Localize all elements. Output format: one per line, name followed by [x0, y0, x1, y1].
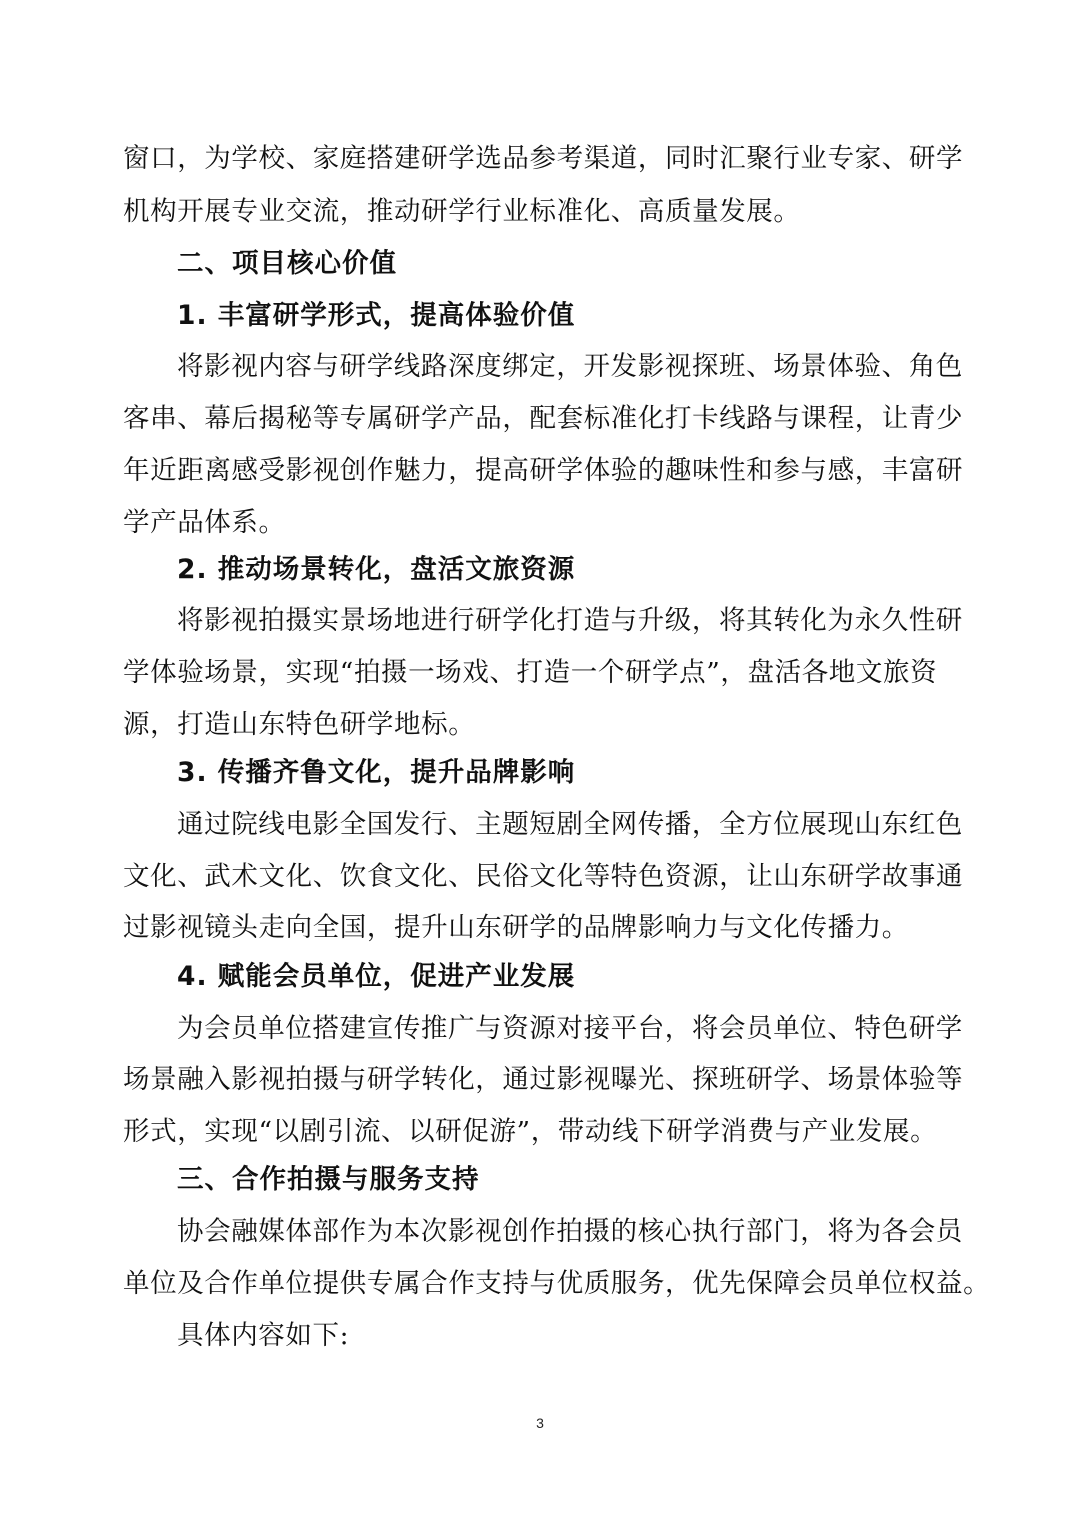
body-line: 通过院线电影全国发行、主题短剧全网传播，全方位展现山东红色	[177, 808, 1017, 842]
subsection-heading: 1. 丰富研学形式，提高体验价值	[177, 299, 1017, 333]
document-page: 窗口，为学校、家庭搭建研学选品参考渠道，同时汇聚行业专家、研学 机构开展专业交流…	[0, 0, 1080, 1527]
body-line: 将影视内容与研学线路深度绑定，开发影视探班、场景体验、角色	[177, 350, 1017, 384]
body-line: 单位及合作单位提供专属合作支持与优质服务，优先保障会员单位权益。	[123, 1267, 963, 1301]
body-line: 学产品体系。	[123, 506, 963, 540]
body-line: 机构开展专业交流，推动研学行业标准化、高质量发展。	[123, 195, 963, 229]
section-heading: 二、项目核心价值	[177, 247, 1017, 281]
body-line: 场景融入影视拍摄与研学转化，通过影视曝光、探班研学、场景体验等	[123, 1063, 963, 1097]
body-line: 具体内容如下:	[177, 1319, 1017, 1353]
body-line: 年近距离感受影视创作魅力，提高研学体验的趣味性和参与感，丰富研	[123, 454, 963, 488]
body-line: 文化、武术文化、饮食文化、民俗文化等特色资源，让山东研学故事通	[123, 860, 963, 894]
body-line: 学体验场景，实现“拍摄一场戏、打造一个研学点”，盘活各地文旅资	[123, 656, 963, 690]
body-line: 源，打造山东特色研学地标。	[123, 708, 963, 742]
body-line: 形式，实现“以剧引流、以研促游”，带动线下研学消费与产业发展。	[123, 1115, 963, 1149]
body-line: 将影视拍摄实景场地进行研学化打造与升级，将其转化为永久性研	[177, 604, 1017, 638]
section-heading: 三、合作拍摄与服务支持	[177, 1163, 1017, 1197]
body-line: 为会员单位搭建宣传推广与资源对接平台，将会员单位、特色研学	[177, 1012, 1017, 1046]
body-line: 窗口，为学校、家庭搭建研学选品参考渠道，同时汇聚行业专家、研学	[123, 142, 963, 176]
page-number: 3	[0, 1415, 1080, 1431]
body-line: 协会融媒体部作为本次影视创作拍摄的核心执行部门，将为各会员	[177, 1215, 1017, 1249]
body-line: 过影视镜头走向全国，提升山东研学的品牌影响力与文化传播力。	[123, 911, 963, 945]
body-line: 客串、幕后揭秘等专属研学产品，配套标准化打卡线路与课程，让青少	[123, 402, 963, 436]
subsection-heading: 2. 推动场景转化，盘活文旅资源	[177, 553, 1017, 587]
subsection-heading: 4. 赋能会员单位，促进产业发展	[177, 960, 1017, 994]
subsection-heading: 3. 传播齐鲁文化，提升品牌影响	[177, 756, 1017, 790]
